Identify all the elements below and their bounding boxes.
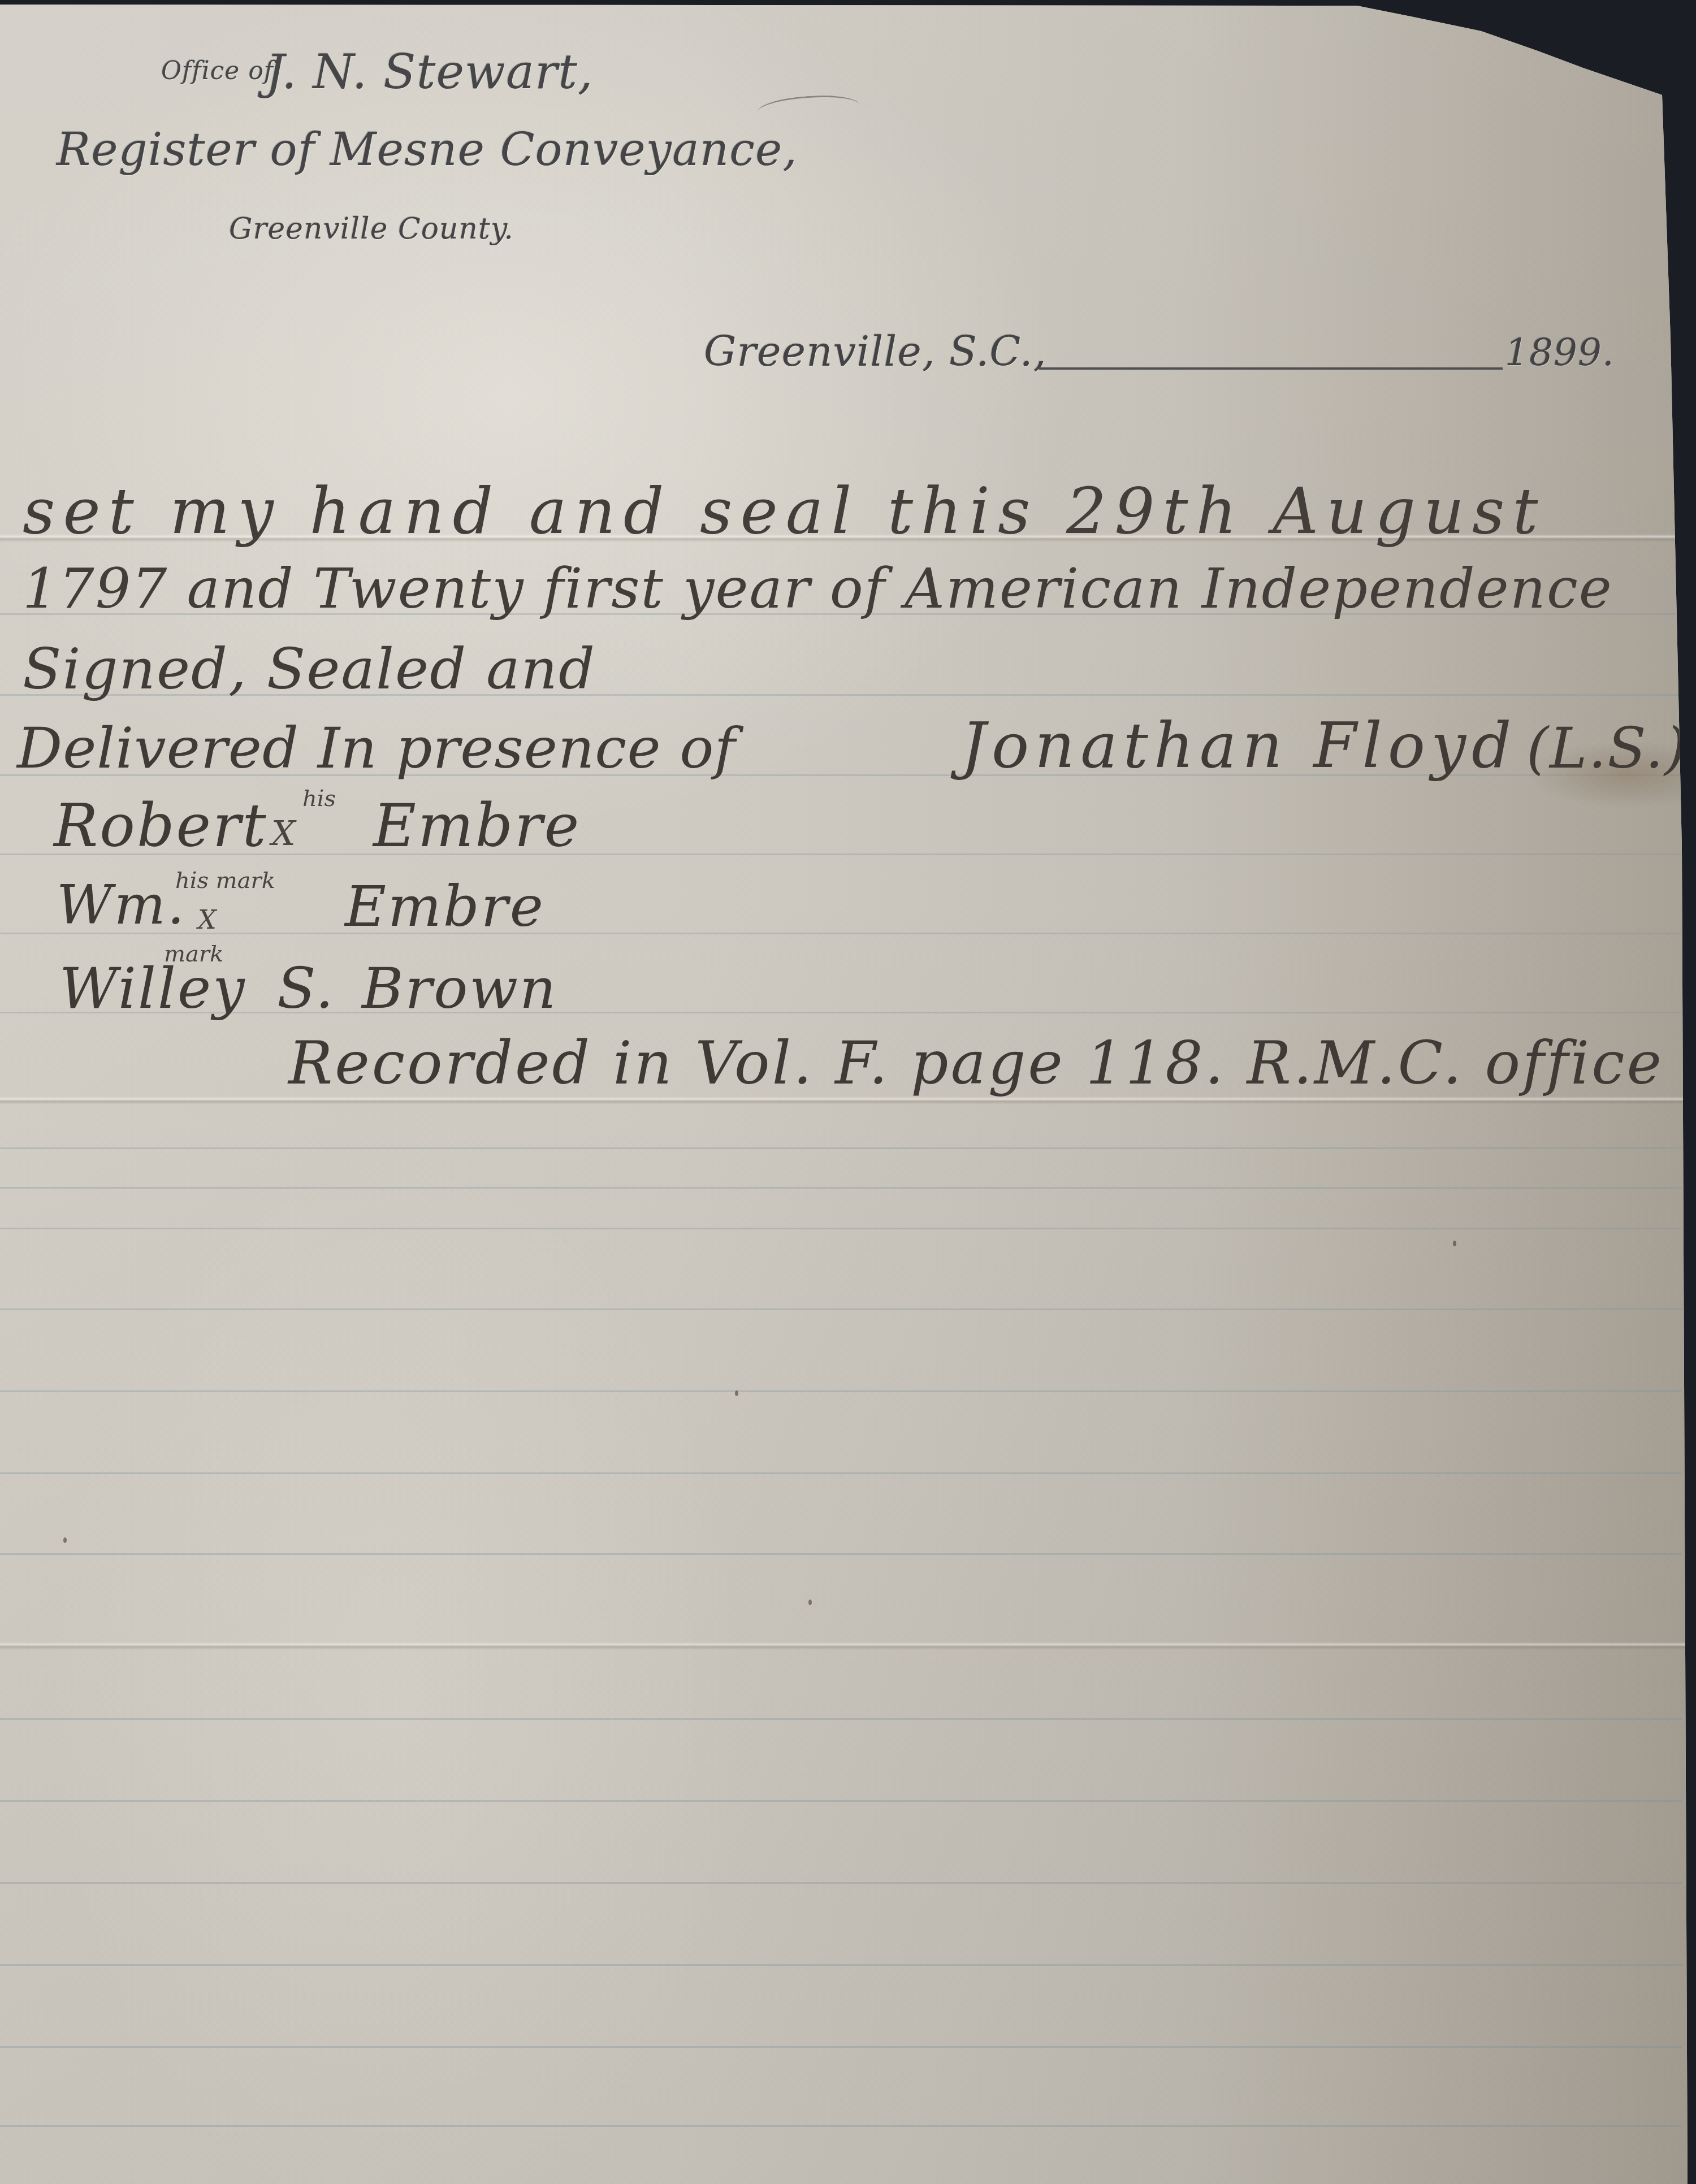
dateline-place: Greenville, S.C., — [704, 328, 1047, 375]
witness-first-name: Willey — [59, 955, 246, 1021]
dateline-year: 1899. — [1505, 331, 1615, 374]
ruled-line — [0, 1187, 1682, 1189]
hand-line-3: Signed, Sealed and — [23, 636, 596, 702]
ruled-line — [0, 933, 1682, 934]
hand-line-2: 1797 and Twenty first year of American I… — [23, 557, 1613, 621]
witness-mark-above: his — [302, 786, 336, 812]
photo-stage: Office of J. N. Stewart, Register of Mes… — [0, 0, 1696, 2184]
witness-last-name: Embre — [373, 791, 581, 860]
ruled-line — [0, 1308, 1682, 1310]
paper-speck — [735, 1390, 738, 1396]
ruled-line — [0, 1012, 1682, 1013]
witness-first-name: Wm. — [57, 873, 186, 937]
letterhead-title: Register of Mesne Conveyance, — [57, 123, 798, 176]
document-sheet: Office of J. N. Stewart, Register of Mes… — [0, 0, 1688, 2184]
letterhead-office-of: Office of — [161, 57, 274, 85]
witness-mark-above: his mark — [175, 868, 275, 894]
witness-mark-x: X — [271, 814, 296, 853]
ruled-line — [0, 1228, 1682, 1229]
ruled-line — [0, 1800, 1682, 1802]
ruled-line — [0, 1553, 1682, 1555]
ruled-line — [0, 1718, 1682, 1720]
fold-crease — [0, 1642, 1688, 1650]
ruled-line — [0, 1390, 1682, 1392]
witness-first-name: Robert — [54, 791, 268, 860]
ruled-line — [0, 1964, 1682, 1966]
letterhead-county: Greenville County. — [229, 212, 514, 246]
hand-line-4: Delivered In presence of — [17, 715, 736, 781]
ruled-line — [0, 1147, 1682, 1149]
dateline-blank — [1039, 367, 1503, 370]
ruled-line — [0, 1882, 1682, 1884]
signatory-name: Jonathan Floyd — [961, 709, 1517, 782]
witness-middle-initial: S. — [277, 955, 335, 1021]
paper-speck — [808, 1600, 812, 1605]
paper-tear — [757, 93, 860, 124]
paper-speck — [63, 1537, 67, 1543]
witness-last-name: Brown — [362, 955, 558, 1021]
ruled-line — [0, 2046, 1682, 2048]
ruled-line — [0, 1472, 1682, 1474]
letterhead-name: J. N. Stewart, — [266, 44, 594, 99]
ruled-line — [0, 2125, 1682, 2127]
witness-mark-x: X — [198, 904, 217, 935]
recording-note: Recorded in Vol. F. page 118. R.M.C. off… — [288, 1029, 1664, 1098]
witness-last-name: Embre — [345, 873, 545, 939]
paper-speck — [1453, 1241, 1456, 1246]
fold-crease — [0, 1097, 1688, 1104]
seal-mark: (L.S.) — [1526, 715, 1688, 781]
hand-line-1: set my hand and seal this 29th August — [23, 475, 1546, 548]
